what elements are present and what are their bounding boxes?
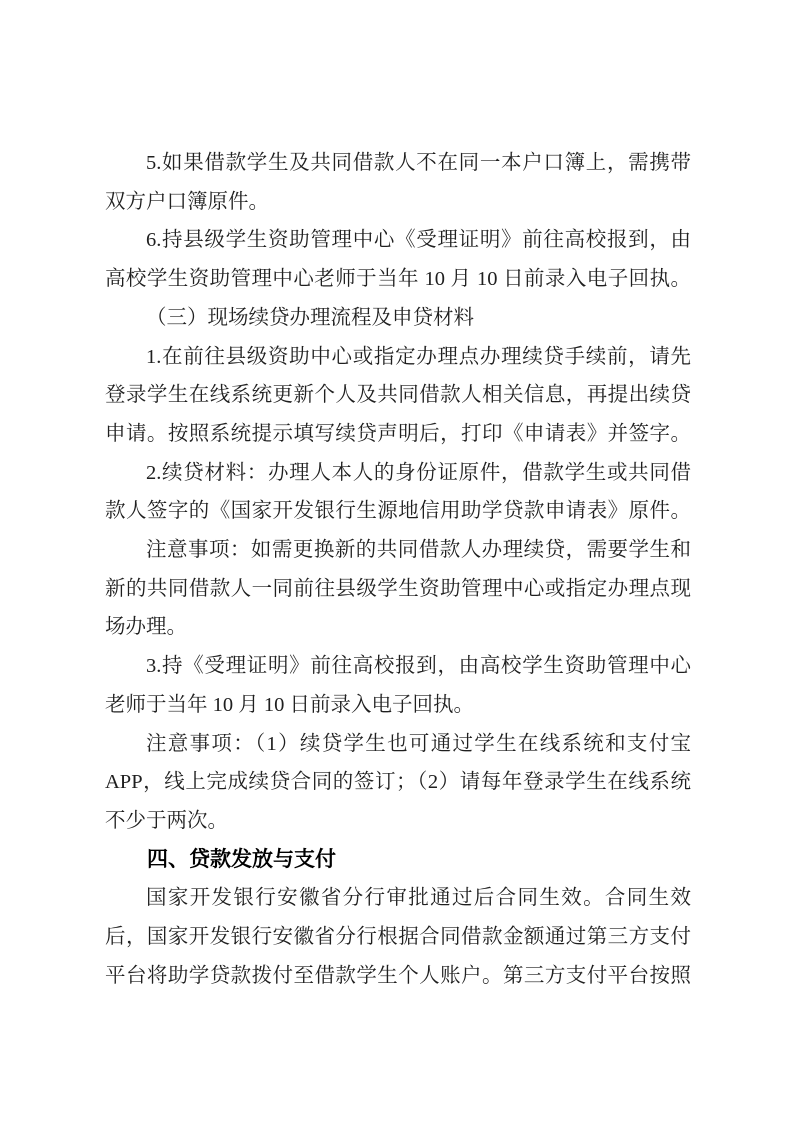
text-line: 国家开发银行安徽省分行审批通过后合同生效。合同生效 (105, 879, 691, 918)
text-line: 场办理。 (105, 608, 691, 647)
text-line: 四、贷款发放与支付 (105, 841, 691, 880)
text-line: 注意事项：如需更换新的共同借款人办理续贷，需要学生和 (105, 531, 691, 570)
document-body: 5.如果借款学生及共同借款人不在同一本户口簿上，需携带 双方户口簿原件。 6.持… (105, 144, 691, 995)
text-line: 后，国家开发银行安徽省分行根据合同借款金额通过第三方支付 (105, 918, 691, 957)
text-line: 双方户口簿原件。 (105, 183, 691, 222)
paragraph: 3.持《受理证明》前往高校报到，由高校学生资助管理中心 老师于当年 10 月 1… (105, 647, 691, 724)
text-line: 高校学生资助管理中心老师于当年 10 月 10 日前录入电子回执。 (105, 260, 691, 299)
paragraph: 2.续贷材料：办理人本人的身份证原件，借款学生或共同借 款人签字的《国家开发银行… (105, 454, 691, 531)
text-line: 申请。按照系统提示填写续贷声明后，打印《申请表》并签字。 (105, 415, 691, 454)
text-line: 5.如果借款学生及共同借款人不在同一本户口簿上，需携带 (105, 144, 691, 183)
text-line: 2.续贷材料：办理人本人的身份证原件，借款学生或共同借 (105, 454, 691, 493)
paragraph: 国家开发银行安徽省分行审批通过后合同生效。合同生效 后，国家开发银行安徽省分行根… (105, 879, 691, 995)
text-line: 平台将助学贷款拨付至借款学生个人账户。第三方支付平台按照 (105, 957, 691, 996)
text-line: 款人签字的《国家开发银行生源地信用助学贷款申请表》原件。 (105, 492, 691, 531)
text-line: 新的共同借款人一同前往县级学生资助管理中心或指定办理点现 (105, 570, 691, 609)
text-line: （三）现场续贷办理流程及申贷材料 (105, 299, 691, 338)
paragraph: 5.如果借款学生及共同借款人不在同一本户口簿上，需携带 双方户口簿原件。 (105, 144, 691, 221)
text-line: 登录学生在线系统更新个人及共同借款人相关信息，再提出续贷 (105, 376, 691, 415)
text-line: 不少于两次。 (105, 802, 691, 841)
paragraph: 6.持县级学生资助管理中心《受理证明》前往高校报到，由 高校学生资助管理中心老师… (105, 221, 691, 298)
paragraph: 注意事项：（1）续贷学生也可通过学生在线系统和支付宝 APP，线上完成续贷合同的… (105, 725, 691, 841)
subsection-heading: （三）现场续贷办理流程及申贷材料 (105, 299, 691, 338)
document-page: 5.如果借款学生及共同借款人不在同一本户口簿上，需携带 双方户口簿原件。 6.持… (0, 0, 793, 1122)
text-line: 老师于当年 10 月 10 日前录入电子回执。 (105, 686, 691, 725)
text-line: 1.在前往县级资助中心或指定办理点办理续贷手续前，请先 (105, 338, 691, 377)
paragraph: 注意事项：如需更换新的共同借款人办理续贷，需要学生和 新的共同借款人一同前往县级… (105, 531, 691, 647)
text-line: 3.持《受理证明》前往高校报到，由高校学生资助管理中心 (105, 647, 691, 686)
text-line: APP，线上完成续贷合同的签订；（2）请每年登录学生在线系统 (105, 763, 691, 802)
text-line: 注意事项：（1）续贷学生也可通过学生在线系统和支付宝 (105, 725, 691, 764)
section-heading: 四、贷款发放与支付 (105, 841, 691, 880)
text-line: 6.持县级学生资助管理中心《受理证明》前往高校报到，由 (105, 221, 691, 260)
paragraph: 1.在前往县级资助中心或指定办理点办理续贷手续前，请先 登录学生在线系统更新个人… (105, 338, 691, 454)
